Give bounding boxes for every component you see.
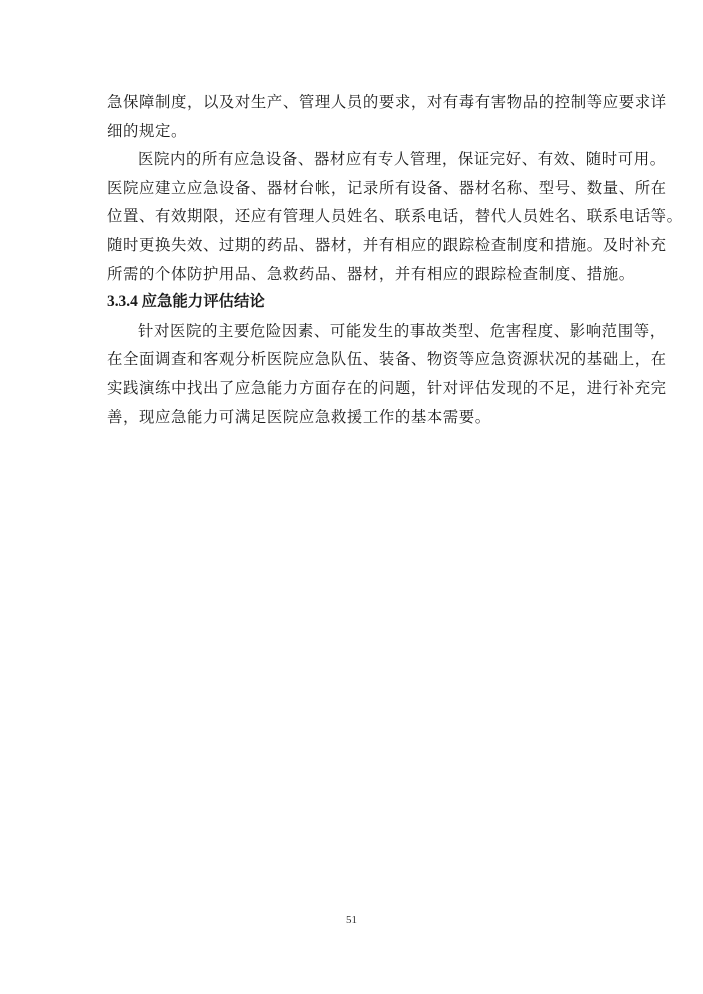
text-line: 随时更换失效、过期的药品、器材，并有相应的跟踪检查制度和措施。及时补充 xyxy=(107,231,597,260)
text-line: 针对医院的主要危险因素、可能发生的事故类型、危害程度、影响范围等， xyxy=(107,317,597,346)
text-line: 医院内的所有应急设备、器材应有专人管理，保证完好、有效、随时可用。 xyxy=(107,145,597,174)
text-line: 位置、有效期限，还应有管理人员姓名、联系电话，替代人员姓名、联系电话等。 xyxy=(107,202,597,231)
document-page: 急保障制度，以及对生产、管理人员的要求，对有毒有害物品的控制等应要求详 细的规定… xyxy=(0,0,703,994)
text-line: 所需的个体防护用品、急救药品、器材，并有相应的跟踪检查制度、措施。 xyxy=(107,260,597,289)
text-line: 急保障制度，以及对生产、管理人员的要求，对有毒有害物品的控制等应要求详 xyxy=(107,88,597,117)
page-body: 急保障制度，以及对生产、管理人员的要求，对有毒有害物品的控制等应要求详 细的规定… xyxy=(107,88,597,431)
text-line: 善，现应急能力可满足医院应急救援工作的基本需要。 xyxy=(107,403,597,432)
text-line: 细的规定。 xyxy=(107,117,597,146)
paragraph-equipment: 医院内的所有应急设备、器材应有专人管理，保证完好、有效、随时可用。 医院应建立应… xyxy=(107,145,597,288)
paragraph-continued: 急保障制度，以及对生产、管理人员的要求，对有毒有害物品的控制等应要求详 细的规定… xyxy=(107,88,597,145)
page-number: 51 xyxy=(0,914,703,926)
text-line: 医院应建立应急设备、器材台帐，记录所有设备、器材名称、型号、数量、所在 xyxy=(107,174,597,203)
paragraph-conclusion: 针对医院的主要危险因素、可能发生的事故类型、危害程度、影响范围等， 在全面调查和… xyxy=(107,317,597,431)
text-line: 实践演练中找出了应急能力方面存在的问题，针对评估发现的不足，进行补充完 xyxy=(107,374,597,403)
section-heading: 3.3.4 应急能力评估结论 xyxy=(107,288,597,317)
text-line: 在全面调查和客观分析医院应急队伍、装备、物资等应急资源状况的基础上，在 xyxy=(107,345,597,374)
